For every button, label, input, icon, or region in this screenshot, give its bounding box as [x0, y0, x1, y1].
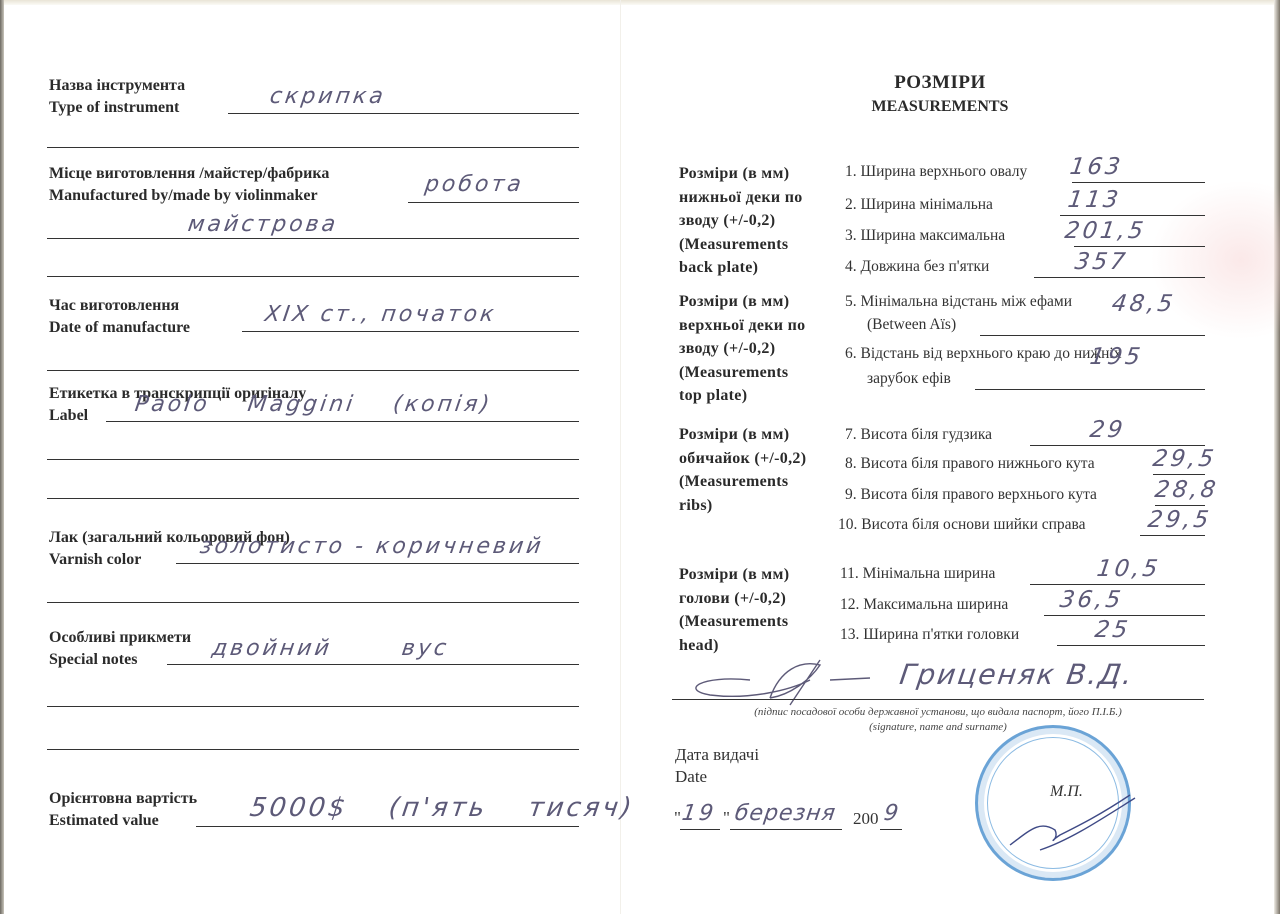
group-line: (Measurements: [679, 610, 839, 634]
measurement-line: [975, 389, 1205, 390]
group-line: (Measurements: [679, 470, 839, 494]
measurement-label: 4. Довжина без п'ятки: [845, 258, 989, 276]
measurement-value: 28,8: [1153, 477, 1220, 503]
field-line: [196, 826, 579, 827]
special-notes-value: двойний вус: [210, 636, 451, 661]
measurement-value: 29,5: [1146, 507, 1213, 533]
group-line: обичайок (+/-0,2): [679, 447, 839, 471]
measurement-label: 8. Висота біля правого нижнього кута: [845, 455, 1095, 473]
measurement-line: [1153, 474, 1205, 475]
measurement-label: 3. Ширина максимальна: [845, 227, 1005, 245]
measurement-line: [1140, 535, 1205, 536]
measurement-line: [1074, 246, 1205, 247]
page-title-en: MEASUREMENTS: [840, 98, 1040, 116]
field-line: [47, 147, 579, 148]
group-line: Розміри (в мм): [679, 290, 839, 314]
measurement-value: 163: [1068, 154, 1125, 180]
date-line: [680, 829, 720, 830]
signature-caption-uk: (підпис посадової особи державної устано…: [672, 706, 1204, 718]
measurement-value: 48,5: [1110, 291, 1177, 317]
measurement-label-line2: зарубок ефів: [867, 370, 951, 388]
date-of-manufacture-value: XIX ст., початок: [263, 302, 498, 327]
group-line: top plate): [679, 384, 839, 408]
measurement-line: [1072, 182, 1205, 183]
group-line: Розміри (в мм): [679, 563, 839, 587]
group-line: ribs): [679, 494, 839, 518]
date-label-en: Date: [675, 767, 707, 787]
group-ribs: Розміри (в мм) обичайок (+/-0,2) (Measur…: [679, 423, 839, 517]
stamp-signature-scribble: [1000, 790, 1140, 860]
group-top-plate: Розміри (в мм) верхньої деки по зводу (+…: [679, 290, 839, 408]
date-label-uk: Дата видачі: [675, 745, 759, 765]
measurement-value: 25: [1093, 617, 1132, 643]
field-line: [176, 563, 579, 564]
measurement-line: [1060, 215, 1205, 216]
group-line: Розміри (в мм): [679, 162, 839, 186]
scan-edge-top: [0, 0, 1280, 5]
measurement-line: [1155, 505, 1205, 506]
field-line: [106, 421, 579, 422]
group-line: зводу (+/-0,2): [679, 209, 839, 233]
measurement-label: 5. Мінімальна відстань між ефами: [845, 293, 1072, 311]
date-line: [880, 829, 902, 830]
measurement-value: 201,5: [1063, 218, 1148, 244]
scan-edge-left: [0, 0, 4, 914]
measurement-value: 357: [1073, 249, 1130, 275]
group-line: нижньої деки по: [679, 186, 839, 210]
measurement-value: 10,5: [1095, 556, 1162, 582]
group-line: (Measurements: [679, 361, 839, 385]
measurement-line: [1044, 615, 1205, 616]
page-title-uk: РОЗМІРИ: [860, 72, 1020, 94]
group-line: голови (+/-0,2): [679, 587, 839, 611]
varnish-color-value: золотисто - коричневий: [198, 534, 545, 559]
field-line: [47, 706, 579, 707]
group-line: (Measurements: [679, 233, 839, 257]
field-line: [228, 113, 579, 114]
measurement-label: 7. Висота біля гудзика: [845, 426, 992, 444]
measurement-label-line2: (Between Aïs): [867, 316, 956, 334]
date-year-suffix: 9: [882, 801, 903, 826]
signature-line: [672, 699, 1204, 700]
field-line: [47, 238, 579, 239]
measurement-label: 1. Ширина верхнього овалу: [845, 163, 1027, 181]
manufacturer-value: робота: [423, 172, 525, 197]
measurement-value: 36,5: [1058, 587, 1125, 613]
field-line: [47, 749, 579, 750]
measurement-line: [1030, 584, 1205, 585]
date-day: 19: [680, 801, 718, 826]
measurement-line: [1034, 277, 1205, 278]
group-line: Розміри (в мм): [679, 423, 839, 447]
field-line: [47, 370, 579, 371]
group-line: back plate): [679, 256, 839, 280]
date-month: березня: [733, 801, 837, 826]
group-head: Розміри (в мм) голови (+/-0,2) (Measurem…: [679, 563, 839, 657]
measurement-label: 9. Висота біля правого верхнього кута: [845, 486, 1097, 504]
field-line: [242, 331, 579, 332]
group-back-plate: Розміри (в мм) нижньої деки по зводу (+/…: [679, 162, 839, 280]
field-line: [167, 664, 579, 665]
date-year-prefix: 200: [853, 809, 879, 829]
field-line: [47, 276, 579, 277]
measurement-value: 29,5: [1151, 446, 1218, 472]
field-line: [47, 498, 579, 499]
measurement-value: 113: [1066, 187, 1123, 213]
measurement-value: 195: [1088, 344, 1145, 370]
estimated-value-value: 5000$ (п'ять тисяч): [248, 793, 636, 823]
measurement-label: 2. Ширина мінімальна: [845, 196, 993, 214]
measurement-label: 12. Максимальна ширина: [840, 596, 1008, 614]
measurement-label: 10. Висота біля основи шийки справа: [838, 516, 1086, 534]
field-line: [47, 459, 579, 460]
signature-caption-en: (signature, name and surname): [672, 721, 1204, 733]
manufacturer-value-line2: майстрова: [186, 212, 340, 237]
field-line: [408, 202, 579, 203]
instrument-type-value: скрипка: [268, 84, 387, 109]
measurement-label: 13. Ширина п'ятки головки: [840, 626, 1019, 644]
measurement-label: 11. Мінімальна ширина: [840, 565, 995, 583]
measurement-line: [1057, 645, 1205, 646]
page-fold: [620, 0, 621, 914]
scan-edge-right: [1274, 0, 1280, 914]
group-line: верхньої деки по: [679, 314, 839, 338]
measurement-label: 6. Відстань від верхнього краю до нижніх: [845, 345, 1121, 363]
measurement-line: [980, 335, 1205, 336]
date-line: [730, 829, 842, 830]
field-line: [47, 602, 579, 603]
measurement-value: 29: [1088, 417, 1127, 443]
signature-name: Гриценяк В.Д.: [898, 658, 1136, 691]
label-value: Paolo Maggini (копія): [133, 392, 493, 417]
group-line: зводу (+/-0,2): [679, 337, 839, 361]
